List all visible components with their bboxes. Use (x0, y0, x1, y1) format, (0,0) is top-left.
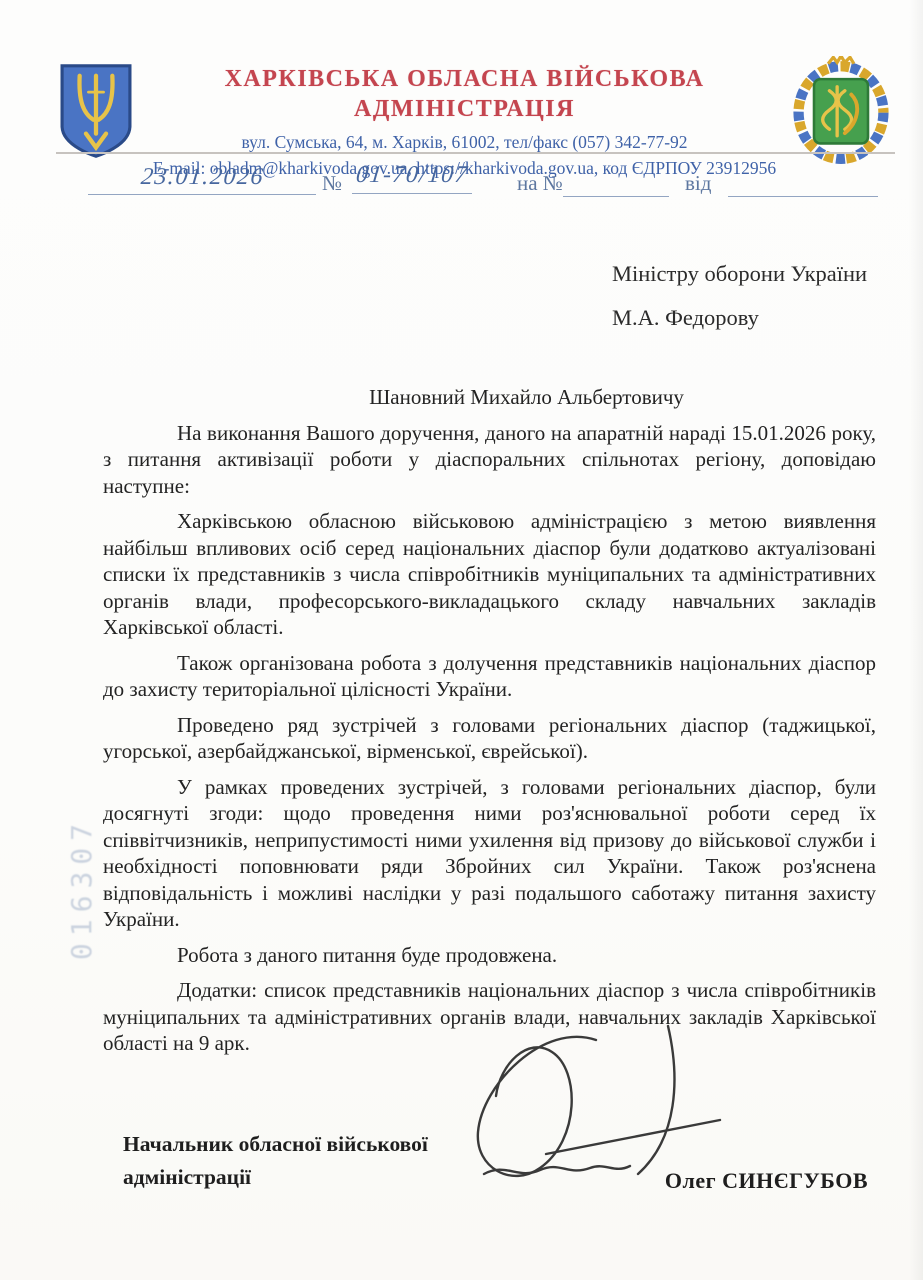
recipient-block: Міністру оборони України М.А. Федорову (612, 252, 912, 340)
paragraph: Проведено ряд зустрічей з головами регіо… (103, 712, 876, 765)
handwritten-date: 23.01.2026 (139, 164, 265, 191)
paragraph: Харківською обласною військовою адмініст… (103, 508, 876, 641)
incoming-date-label: від (685, 171, 711, 196)
oblast-arms-icon (789, 56, 893, 164)
signer-position-line1: Начальник обласної військової (123, 1128, 428, 1161)
incoming-date-blank (728, 168, 878, 197)
ukraine-trident-emblem-icon (58, 56, 144, 165)
paragraph: На виконання Вашого доручення, даного на… (103, 420, 876, 500)
letterhead: ХАРКІВСЬКА ОБЛАСНА ВІЙСЬКОВА АДМІНІСТРАЦ… (58, 56, 893, 180)
scanned-letter-page: ХАРКІВСЬКА ОБЛАСНА ВІЙСЬКОВА АДМІНІСТРАЦ… (0, 0, 923, 1280)
registration-date-field: 23.01.2026 (88, 164, 316, 195)
paragraph: Робота з даного питання буде продовжена. (103, 942, 876, 969)
handwritten-number: 01-70/107 (354, 162, 469, 189)
signer-position-line2: адміністрації (123, 1161, 428, 1194)
recipient-name: М.А. Федорову (612, 296, 912, 340)
signer-name: Олег СИНЄГУБОВ (665, 1168, 868, 1194)
salutation: Шановний Михайло Альбертовичу (103, 384, 876, 411)
faint-vertical-stamp-number: 016307 (65, 817, 98, 960)
incoming-number-label: на № (517, 171, 563, 196)
letter-body: Шановний Михайло Альбертовичу На виконан… (103, 384, 876, 1066)
signer-position: Начальник обласної військової адміністра… (123, 1128, 428, 1194)
number-sign-label: № (322, 171, 342, 196)
registration-number-field: 01-70/107 (352, 162, 472, 194)
recipient-title: Міністру оборони України (612, 252, 912, 296)
trident-shield-icon (58, 62, 134, 160)
header-divider (56, 152, 895, 154)
organization-name: ХАРКІВСЬКА ОБЛАСНА ВІЙСЬКОВА АДМІНІСТРАЦ… (150, 64, 779, 124)
scan-edge-shading (909, 0, 923, 1280)
paragraph: У рамках проведених зустрічей, з головам… (103, 774, 876, 933)
paragraph: Також організована робота з долучення пр… (103, 650, 876, 703)
incoming-number-blank (563, 168, 669, 197)
signature-block: Начальник обласної військової адміністра… (123, 1128, 868, 1194)
